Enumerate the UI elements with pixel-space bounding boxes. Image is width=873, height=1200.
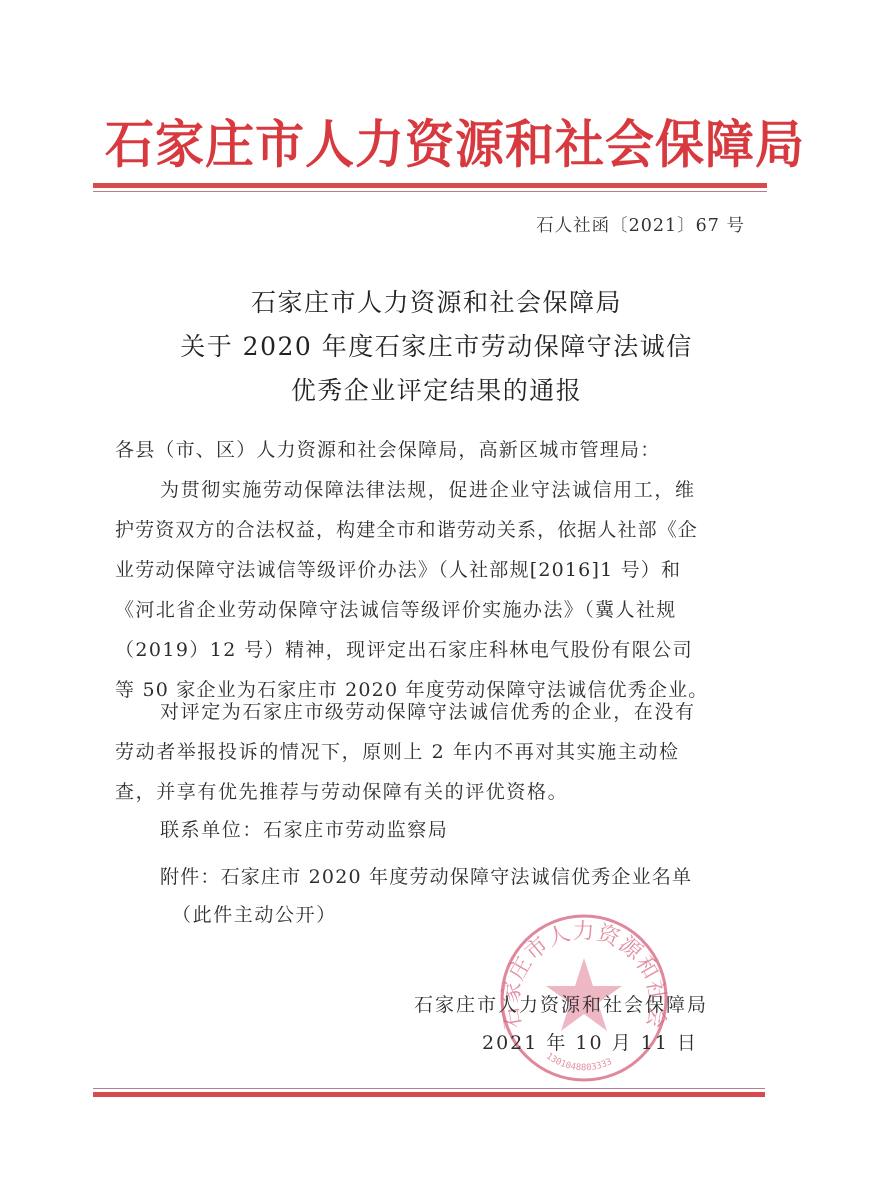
paragraph-1-line: 《河北省企业劳动保障守法诚信等级评价实施办法》（冀人社规 (115, 595, 677, 625)
salutation: 各县（市、区）人力资源和社会保障局，高新区城市管理局： (115, 435, 660, 465)
document-title-line-3: 优秀企业评定结果的通报 (0, 370, 873, 412)
paragraph-1-line: 护劳资双方的合法权益，构建全市和谐劳动关系，依据人社部《企 (115, 515, 698, 545)
contact-unit: 联系单位：石家庄市劳动监察局 (160, 815, 448, 845)
paragraph-1-line: 业劳动保障守法诚信等级评价办法》（人社部规[2016]1 号）和 (115, 555, 681, 585)
masthead-org-name: 石家庄市人力资源和社会保障局 (105, 112, 745, 177)
document-title-line-2: 关于 2020 年度石家庄市劳动保障守法诚信 (0, 326, 873, 368)
attachment: 附件：石家庄市 2020 年度劳动保障守法诚信优秀企业名单 (160, 862, 692, 892)
signature-date: 2021 年 10 月 11 日 (482, 1028, 698, 1055)
paragraph-2-line: 查，并享有优先推荐与劳动保障有关的评优资格。 (115, 777, 568, 807)
paragraph-2-line: 劳动者举报投诉的情况下，原则上 2 年内不再对其实施主动检 (115, 737, 680, 767)
masthead-rule-thin (93, 191, 767, 192)
paragraph-1-line: （2019）12 号）精神，现评定出石家庄科林电气股份有限公司 (115, 635, 693, 665)
paragraph-1-line: 为贯彻实施劳动保障法律法规，促进企业守法诚信用工，维 (160, 475, 696, 505)
masthead-rule-thick (93, 183, 767, 188)
signature-org: 石家庄市人力资源和社会保障局 (414, 990, 708, 1017)
footer-rule-thick (93, 1092, 765, 1097)
paragraph-2-line: 对评定为石家庄市级劳动保障守法诚信优秀的企业，在没有 (160, 697, 696, 727)
footer-rule-thin (93, 1088, 765, 1089)
document-title-line-1: 石家庄市人力资源和社会保障局 (0, 282, 873, 324)
document-number: 石人社函〔2021〕67 号 (536, 212, 745, 237)
disclosure-note: （此件主动公开） (172, 900, 337, 930)
